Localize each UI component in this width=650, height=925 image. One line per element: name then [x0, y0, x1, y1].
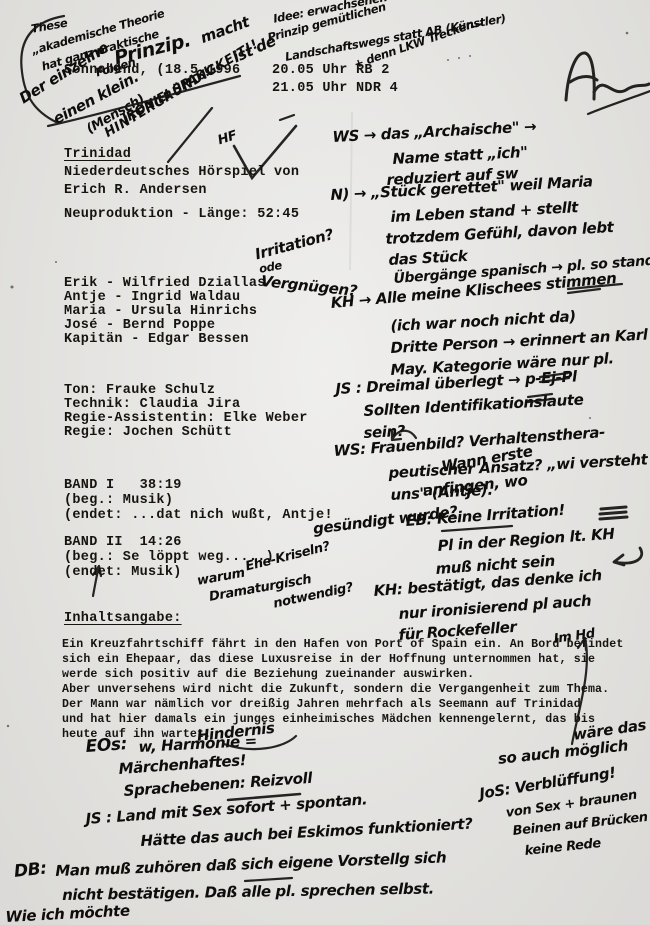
signature-underline [588, 91, 650, 114]
signature-mark [594, 84, 649, 92]
production-info: Neuproduktion - Länge: 52:45 [64, 207, 299, 222]
band2-title: BAND II 14:26 [64, 535, 182, 550]
flourish-stroke [168, 108, 212, 162]
summary-line: Der Mann war nämlich vor dreißig Jahren … [62, 698, 581, 711]
hw-note-db: DB: [13, 859, 48, 882]
summary-heading: Inhaltsangabe: [64, 611, 182, 626]
cast-row: Maria - Ursula Hinrichs [64, 304, 257, 319]
summary-line: Aber unversehens wird nicht die Zukunft,… [62, 683, 609, 696]
band1-begin: (beg.: Musik) [64, 493, 173, 508]
hw-note-eos: EOs: [85, 734, 128, 757]
play-author: Erich R. Andersen [64, 183, 207, 198]
crew-row: Ton: Frauke Schulz [64, 383, 215, 398]
underline-eigene [245, 878, 292, 881]
hw-note-theory: These [30, 16, 68, 36]
hw-note-db: Man muß zuhören daß sich eigene Vorstell… [55, 848, 447, 880]
left-arrow [614, 548, 642, 565]
band2-end: (endet: Musik) [64, 565, 182, 580]
hw-note-cutoff: Wie ich möchte [5, 901, 130, 925]
hw-note-eb: Pl in der Region lt. KH [437, 525, 615, 555]
signature-mark [570, 77, 597, 83]
hw-note-ehe: Ehe-Kriseln? [244, 539, 331, 574]
underline-keine [442, 526, 512, 531]
band1-end: (endet: ...dat nich wußt, Antje! [64, 508, 333, 523]
hw-note-db: nicht bestätigen. Daß alle pl. sprechen … [62, 880, 434, 904]
summary-line: Ein Kreuzfahrtschiff fährt in den Hafen … [62, 638, 623, 651]
summary-line: werde sich positiv auf die Beziehung zue… [62, 668, 474, 681]
play-subtitle: Niederdeutsches Hörspiel von [64, 165, 299, 180]
band2-begin: (beg.: Se löppt weg.....) [64, 550, 274, 565]
hw-note-js1: Sollten Identifikationslaute [363, 390, 584, 419]
broadcast-time-2: 21.05 Uhr NDR 4 [272, 81, 398, 96]
hw-note-ws1: WS → das „Archaische" → [332, 117, 537, 146]
crew-row: Regie-Assistentin: Elke Weber [64, 411, 308, 426]
play-title: Trinidad [64, 147, 131, 162]
summary-line: und hat hier damals ein junges einheimis… [62, 713, 595, 726]
hw-note-jos: keine Rede [524, 836, 602, 859]
band1-title: BAND I 38:19 [64, 478, 182, 493]
hw-note-irritation: Irritation? [253, 225, 335, 263]
small-dash [280, 115, 294, 120]
cast-row: Kapitän - Edgar Bessen [64, 332, 249, 347]
cast-row: José - Bernd Poppe [64, 318, 215, 333]
scribble-blackout [600, 507, 627, 519]
scanned-production-sheet: { "typed": { "date_line": "Sonnabend, (1… [0, 0, 650, 925]
signature-mark [566, 53, 594, 100]
crew-row: Technik: Claudia Jira [64, 397, 240, 412]
cast-row: Erik - Wilfried Dziallas [64, 276, 266, 291]
summary-line: sich ein Ehepaar, das diese Luxusreise i… [62, 653, 595, 666]
crew-row: Regie: Jochen Schütt [64, 425, 232, 440]
hw-check-label: HF [216, 128, 239, 148]
cast-row: Antje - Ingrid Waldau [64, 290, 240, 305]
